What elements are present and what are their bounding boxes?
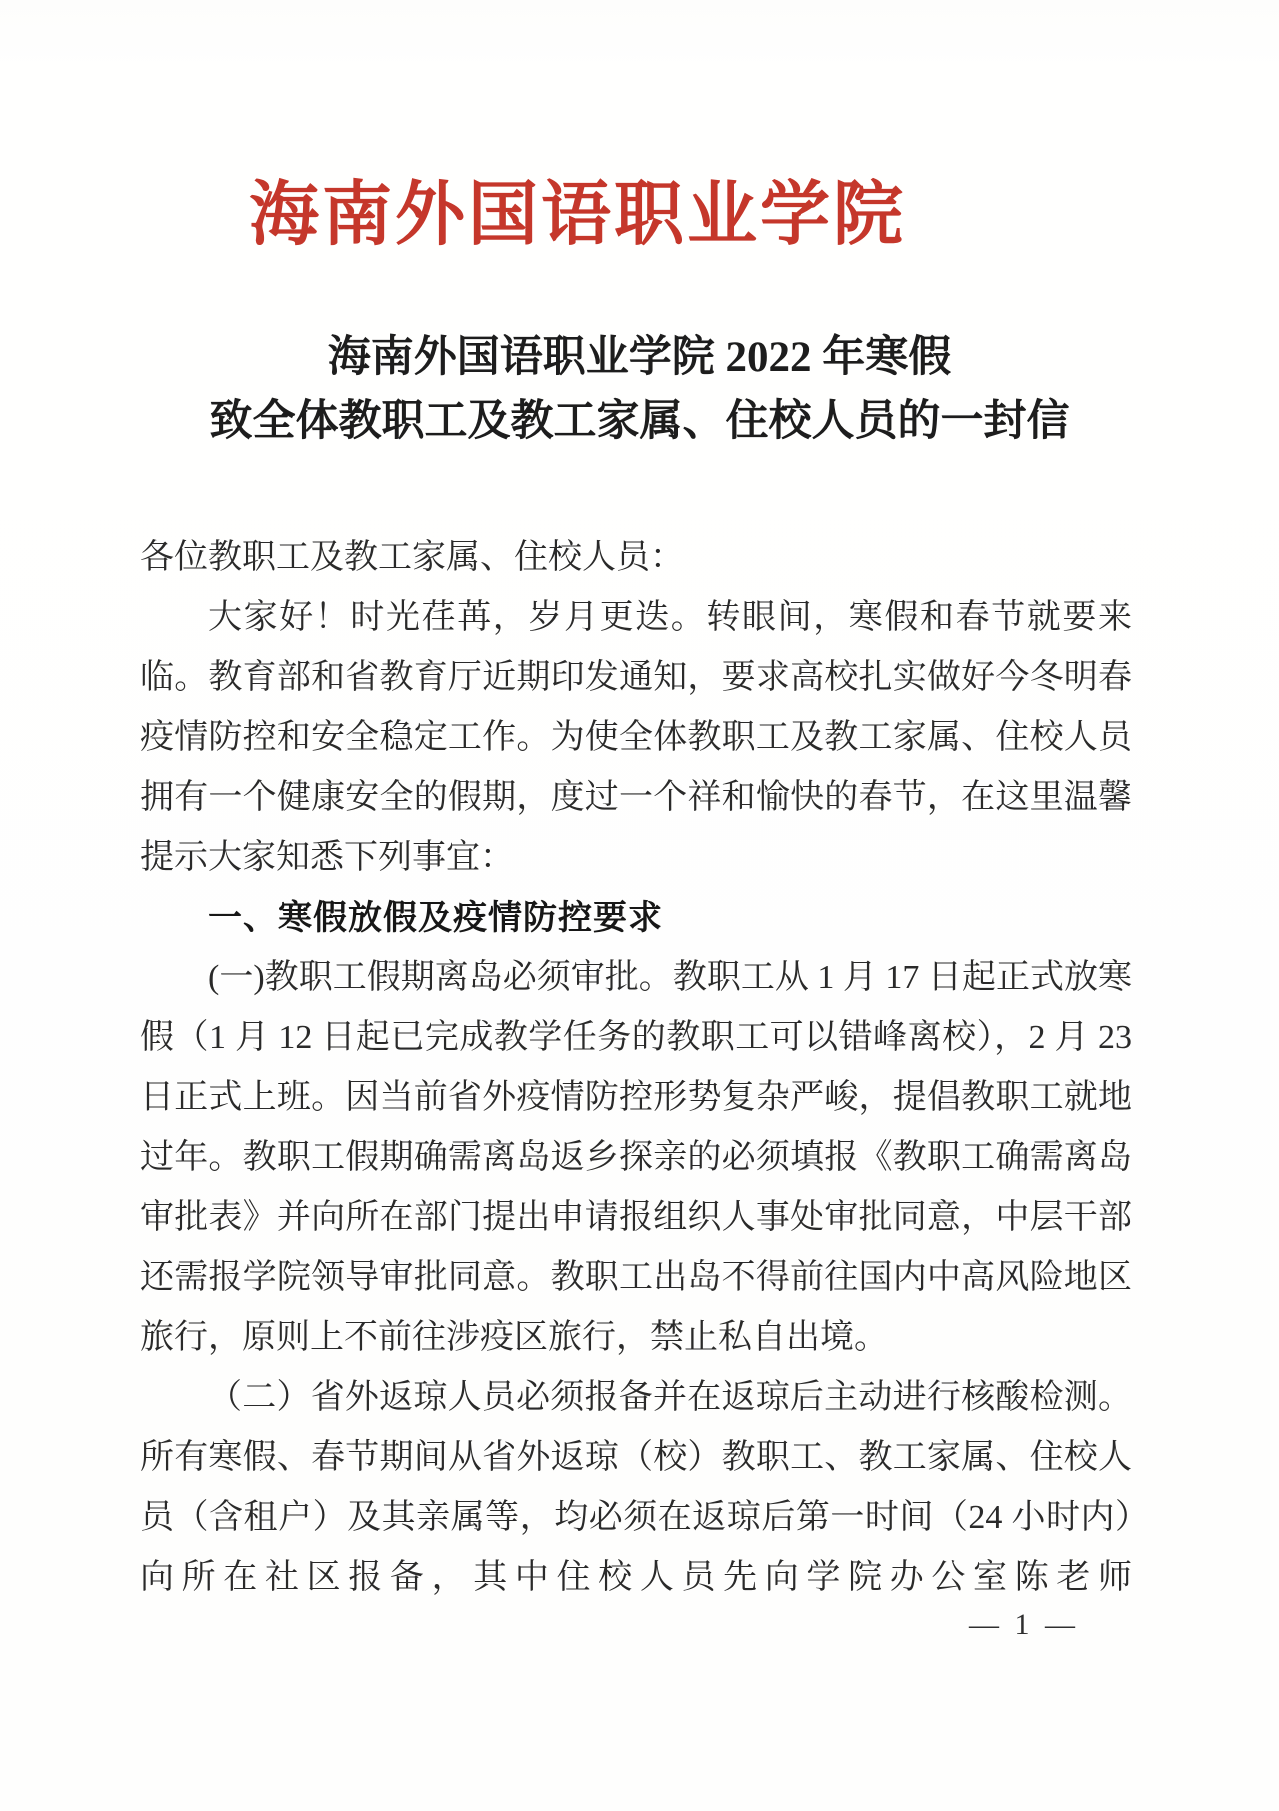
- title-line-2: 致全体教职工及教工家属、住校人员的一封信: [0, 390, 1279, 454]
- page-number: — 1 —: [969, 1608, 1079, 1642]
- document-title: 海南外国语职业学院 2022 年寒假 致全体教职工及教工家属、住校人员的一封信: [0, 326, 1279, 454]
- letter-body: 各位教职工及教工家属、住校人员： 大家好！时光荏苒，岁月更迭。转眼间，寒假和春节…: [140, 528, 1132, 1608]
- salutation: 各位教职工及教工家属、住校人员：: [140, 528, 1132, 588]
- paragraph-intro: 大家好！时光荏苒，岁月更迭。转眼间，寒假和春节就要来临。教育部和省教育厅近期印发…: [140, 588, 1132, 888]
- section-heading-1: 一、寒假放假及疫情防控要求: [140, 888, 1132, 948]
- title-line-1: 海南外国语职业学院 2022 年寒假: [0, 326, 1279, 390]
- letterhead-school-name: 海南外国语职业学院: [0, 158, 1217, 259]
- paragraph-item-1: (一)教职工假期离岛必须审批。教职工从 1 月 17 日起正式放寒假（1 月 1…: [140, 948, 1132, 1368]
- paragraph-item-2: （二）省外返琼人员必须报备并在返琼后主动进行核酸检测。所有寒假、春节期间从省外返…: [140, 1368, 1132, 1608]
- document-page: 海南外国语职业学院 海南外国语职业学院 2022 年寒假 致全体教职工及教工家属…: [0, 0, 1279, 1811]
